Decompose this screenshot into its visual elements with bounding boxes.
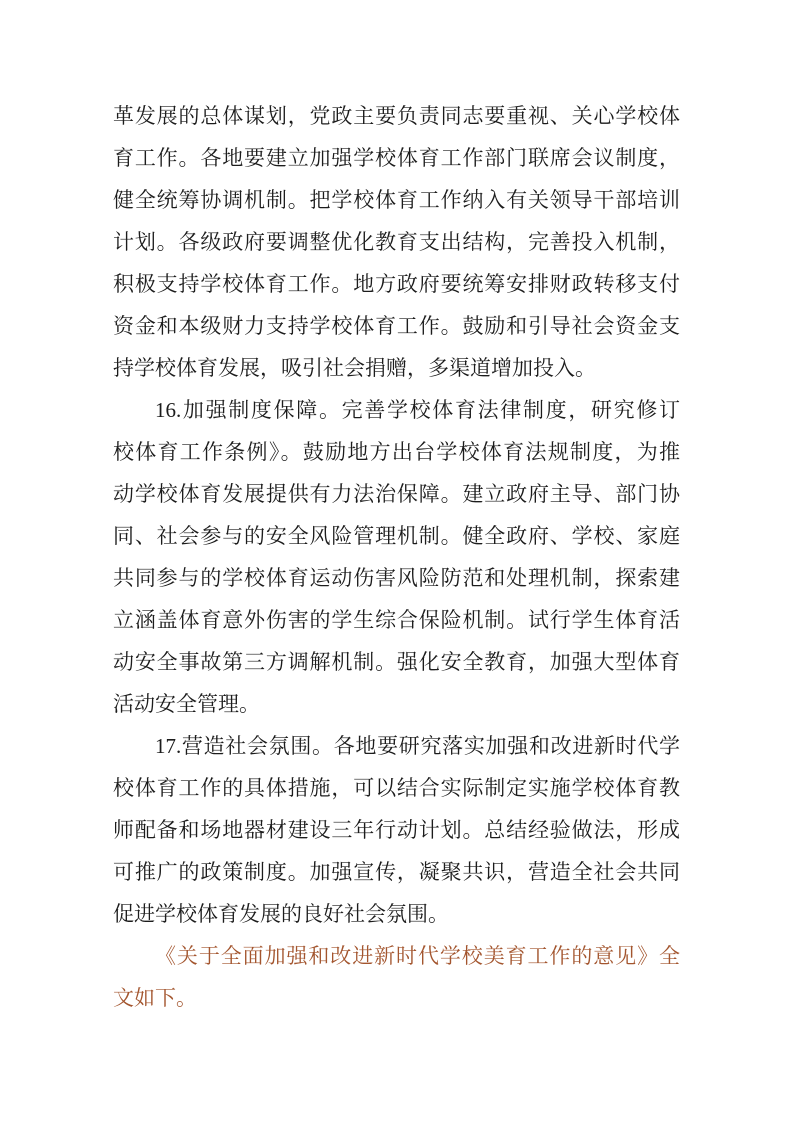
para-meiyu-opinion-intro-line-2: 文如下。 (113, 977, 680, 1019)
para-item-16-institutional-guarantee-line-6: 立涵盖体育意外伤害的学生综合保险机制。试行学生体育活 (113, 599, 680, 641)
para-item-16-institutional-guarantee-line-1: 16.加强制度保障。完善学校体育法律制度，研究修订《学 (113, 389, 680, 431)
para-item-17-social-atmosphere-line-3: 师配备和场地器材建设三年行动计划。总结经验做法，形成 (113, 809, 680, 851)
para-item-17-social-atmosphere-line-2: 校体育工作的具体措施，可以结合实际制定实施学校体育教 (113, 767, 680, 809)
para-item-16-institutional-guarantee-line-4: 同、社会参与的安全风险管理机制。健全政府、学校、家庭 (113, 515, 680, 557)
para-item-17-social-atmosphere-line-4: 可推广的政策制度。加强宣传，凝聚共识，营造全社会共同 (113, 851, 680, 893)
document-page: 革发展的总体谋划，党政主要负责同志要重视、关心学校体育工作。各地要建立加强学校体… (0, 0, 793, 1122)
para-item-17-social-atmosphere-line-1: 17.营造社会氛围。各地要研究落实加强和改进新时代学 (113, 725, 680, 767)
para-continuation-sports-support-line-2: 育工作。各地要建立加强学校体育工作部门联席会议制度， (113, 137, 680, 179)
document-body: 革发展的总体谋划，党政主要负责同志要重视、关心学校体育工作。各地要建立加强学校体… (113, 95, 680, 1019)
para-item-16-institutional-guarantee-line-3: 动学校体育发展提供有力法治保障。建立政府主导、部门协 (113, 473, 680, 515)
para-continuation-sports-support-line-7: 持学校体育发展，吸引社会捐赠，多渠道增加投入。 (113, 347, 680, 389)
para-continuation-sports-support-line-3: 健全统筹协调机制。把学校体育工作纳入有关领导干部培训 (113, 179, 680, 221)
para-continuation-sports-support-line-5: 积极支持学校体育工作。地方政府要统筹安排财政转移支付 (113, 263, 680, 305)
para-item-16-institutional-guarantee-line-8: 活动安全管理。 (113, 683, 680, 725)
para-item-16-institutional-guarantee-line-5: 共同参与的学校体育运动伤害风险防范和处理机制，探索建 (113, 557, 680, 599)
para-continuation-sports-support-line-6: 资金和本级财力支持学校体育工作。鼓励和引导社会资金支 (113, 305, 680, 347)
para-item-16-institutional-guarantee-line-7: 动安全事故第三方调解机制。强化安全教育，加强大型体育 (113, 641, 680, 683)
para-meiyu-opinion-intro-line-1: 《关于全面加强和改进新时代学校美育工作的意见》全 (113, 935, 680, 977)
para-continuation-sports-support-line-1: 革发展的总体谋划，党政主要负责同志要重视、关心学校体 (113, 95, 680, 137)
para-item-17-social-atmosphere-line-5: 促进学校体育发展的良好社会氛围。 (113, 893, 680, 935)
para-continuation-sports-support-line-4: 计划。各级政府要调整优化教育支出结构，完善投入机制， (113, 221, 680, 263)
para-item-16-institutional-guarantee-line-2: 校体育工作条例》。鼓励地方出台学校体育法规制度，为推 (113, 431, 680, 473)
